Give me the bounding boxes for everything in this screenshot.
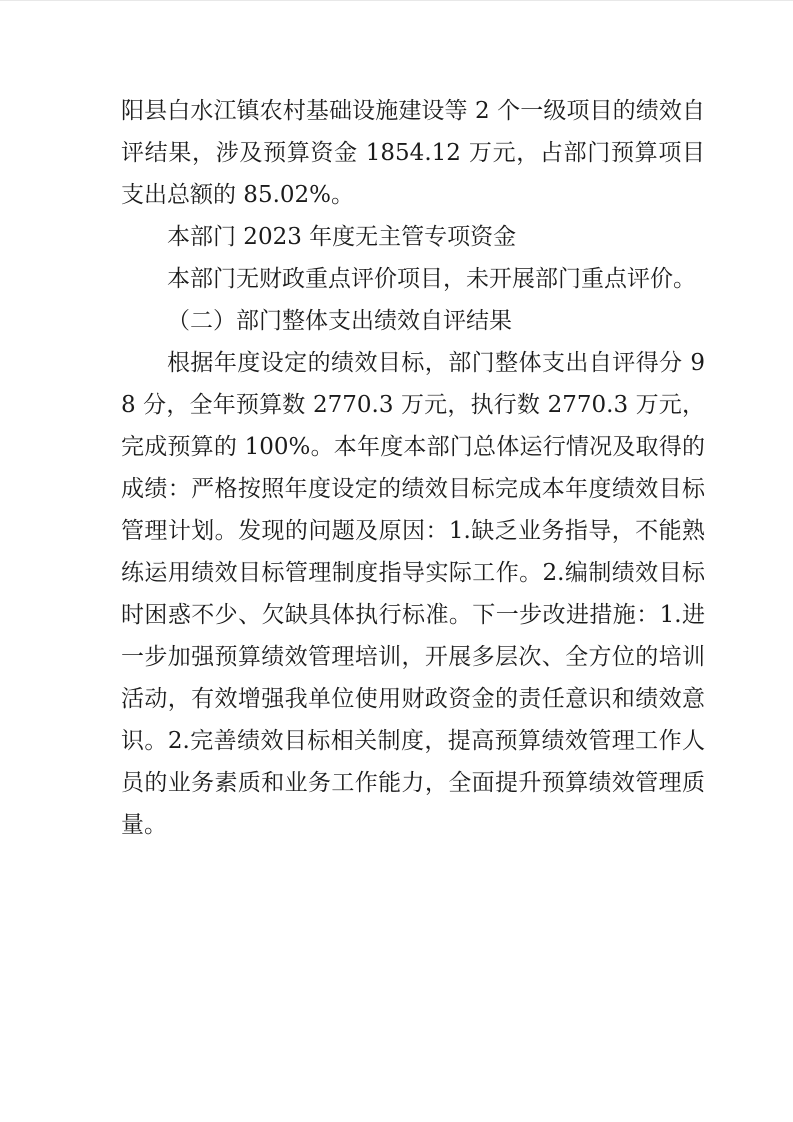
paragraph-overall-performance-detail: 根据年度设定的绩效目标，部门整体支出自评得分 98 分，全年预算数 2770.3… [121, 342, 705, 846]
document-body: 阳县白水江镇农村基础设施建设等 2 个一级项目的绩效自评结果，涉及预算资金 18… [121, 90, 705, 846]
page-top-edge [0, 0, 793, 1]
paragraph-no-key-evaluation: 本部门无财政重点评价项目，未开展部门重点评价。 [121, 258, 705, 300]
document-page: 阳县白水江镇农村基础设施建设等 2 个一级项目的绩效自评结果，涉及预算资金 18… [0, 0, 793, 1122]
section-heading-overall-expenditure: （二）部门整体支出绩效自评结果 [121, 300, 705, 342]
paragraph-no-special-funds: 本部门 2023 年度无主管专项资金 [121, 216, 705, 258]
paragraph-project-self-eval-result: 阳县白水江镇农村基础设施建设等 2 个一级项目的绩效自评结果，涉及预算资金 18… [121, 90, 705, 216]
